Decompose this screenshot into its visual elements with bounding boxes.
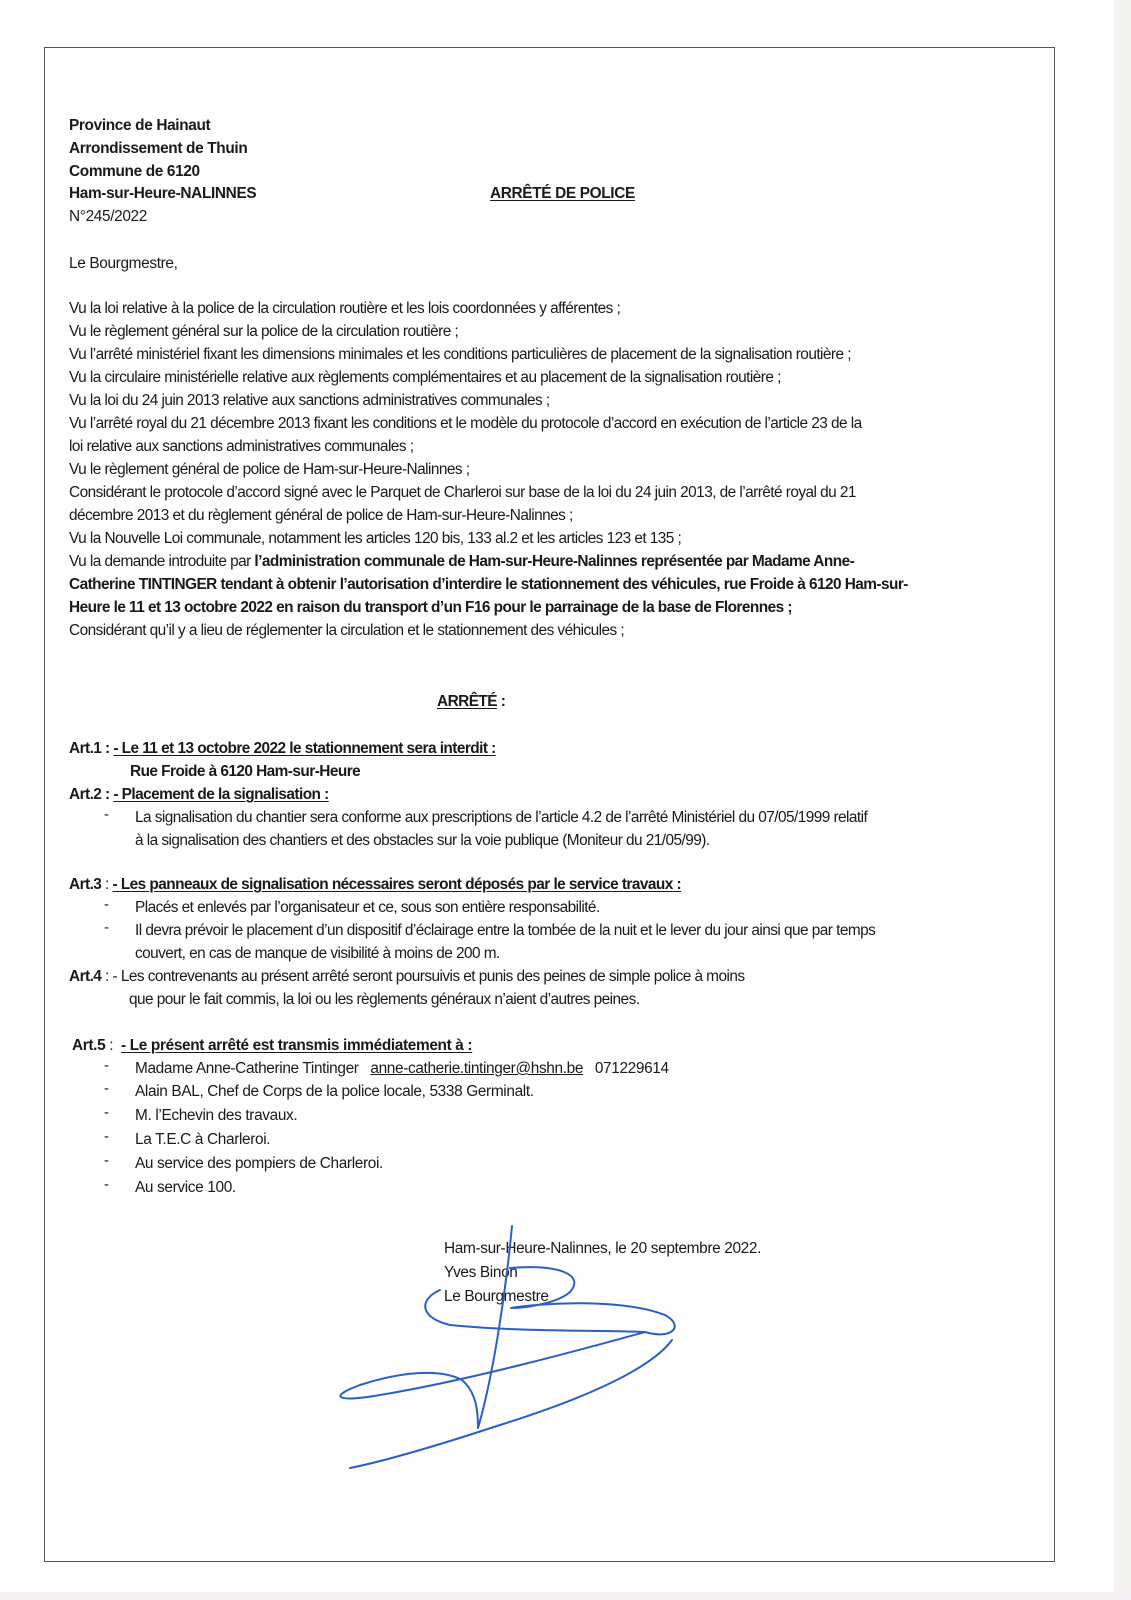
consideration: Considérant le protocole d’accord signé … [69,481,856,504]
recipient-email-link[interactable]: anne-catherie.tintinger@hshn.be [370,1060,583,1077]
bullet-dash: - [104,1128,109,1145]
decree-number: N°245/2022 [69,205,147,228]
separator: : [101,740,113,757]
arrondissement-line: Arrondissement de Thuin [69,137,247,160]
bullet-dash: - [104,1104,109,1121]
article-2-item: à la signalisation des chantiers et des … [135,829,710,852]
consideration: Vu la circulaire ministérielle relative … [69,366,781,389]
recipient: Madame Anne-Catherine Tintinger anne-cat… [135,1057,669,1080]
article-4-text: que pour le fait commis, la loi ou les r… [129,988,639,1011]
article-heading: - Le présent arrêté est transmis immédia… [121,1037,472,1054]
recipient-phone: 071229614 [595,1060,669,1077]
consideration: Considérant qu’il y a lieu de réglemente… [69,619,624,642]
bullet-dash: - [104,1080,109,1097]
article-3-item: couvert, en cas de manque de visibilité … [135,942,500,965]
recipient: Au service 100. [135,1176,236,1199]
article-3: Art.3 : - Les panneaux de signalisation … [69,873,681,896]
article-5: Art.5 : - Le présent arrêté est transmis… [72,1034,472,1057]
bullet-dash: - [104,919,109,936]
separator: : [105,1037,121,1054]
article-label: Art.5 [72,1037,105,1054]
article-2: Art.2 : - Placement de la signalisation … [69,783,329,806]
recipient-name: Madame Anne-Catherine Tintinger [135,1060,359,1077]
bullet-dash: - [104,1152,109,1169]
article-label: Art.1 [69,740,101,757]
article-label: Art.4 [69,968,101,985]
consideration: Vu la loi relative à la police de la cir… [69,297,620,320]
article-2-item: La signalisation du chantier sera confor… [135,806,867,829]
article-3-item: Placés et enlevés par l’organisateur et … [135,896,600,919]
consideration: Vu la loi du 24 juin 2013 relative aux s… [69,389,550,412]
request-line: Catherine TINTINGER tendant à obtenir l’… [69,573,908,596]
decree-heading-word: ARRÊTÉ [437,693,497,710]
bullet-dash: - [104,896,109,913]
consideration: loi relative aux sanctions administrativ… [69,435,413,458]
commune-line: Commune de 6120 [69,160,200,183]
document-title: ARRÊTÉ DE POLICE [490,182,635,205]
decree-heading-suffix: : [497,693,505,710]
request-bold: l’administration communale de Ham-sur-He… [254,553,854,570]
article-1: Art.1 : - Le 11 et 13 octobre 2022 le st… [69,737,496,760]
place-date: Ham-sur-Heure-Nalinnes, le 20 septembre … [444,1237,761,1260]
article-text: - Les contrevenants au présent arrêté se… [113,968,745,985]
article-heading: - Les panneaux de signalisation nécessai… [113,876,682,893]
bullet-dash: - [104,1176,109,1193]
request-line: Heure le 11 et 13 octobre 2022 en raison… [69,596,792,619]
recipient: Alain BAL, Chef de Corps de la police lo… [135,1080,534,1103]
article-4: Art.4 : - Les contrevenants au présent a… [69,965,745,988]
separator: : [101,786,113,803]
article-heading: - Le 11 et 13 octobre 2022 le stationnem… [113,740,495,757]
article-label: Art.2 [69,786,101,803]
page-edge-bottom [0,1592,1131,1600]
consideration: Vu l’arrêté royal du 21 décembre 2013 fi… [69,412,862,435]
bullet-dash: - [104,1057,109,1074]
separator: : [101,968,112,985]
article-label: Art.3 [69,876,101,893]
consideration: Vu le règlement général sur la police de… [69,320,458,343]
page-edge [1114,0,1131,1600]
consideration: Vu l’arrêté ministériel fixant les dimen… [69,343,851,366]
request-line: Vu la demande introduite par l’administr… [69,550,854,573]
province-line: Province de Hainaut [69,114,210,137]
separator: : [101,876,112,893]
recipient: Au service des pompiers de Charleroi. [135,1152,383,1175]
consideration: Vu la Nouvelle Loi communale, notamment … [69,527,681,550]
recipient: M. l’Echevin des travaux. [135,1104,297,1127]
consideration: Vu le règlement général de police de Ham… [69,458,469,481]
bullet-dash: - [104,806,109,823]
salutation: Le Bourgmestre, [69,252,178,275]
article-heading: - Placement de la signalisation : [113,786,328,803]
consideration: décembre 2013 et du règlement général de… [69,504,573,527]
signatory-role: Le Bourgmestre [444,1285,549,1308]
article-3-item: Il devra prévoir le placement d’un dispo… [135,919,875,942]
municipality-line: Ham-sur-Heure-NALINNES [69,182,256,205]
request-prefix: Vu la demande introduite par [69,553,254,570]
recipient: La T.E.C à Charleroi. [135,1128,270,1151]
decree-heading: ARRÊTÉ : [437,690,505,713]
signatory-name: Yves Binon [444,1261,518,1284]
article-1-location: Rue Froide à 6120 Ham-sur-Heure [130,760,360,783]
